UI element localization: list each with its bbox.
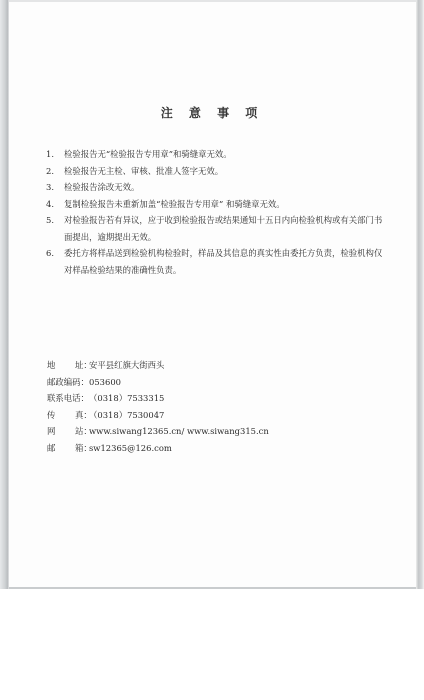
scan-edge-left bbox=[0, 0, 9, 589]
note-number: 6. bbox=[46, 245, 54, 262]
contact-phone: 联系电话：（0318）7533315 bbox=[47, 390, 347, 407]
note-text: 检验报告无主检、审核、批准人签字无效。 bbox=[64, 163, 386, 180]
note-item: 1. 检验报告无“检验报告专用章”和骑缝章无效。 bbox=[46, 146, 386, 163]
contact-label: 地址： bbox=[47, 357, 89, 374]
contact-value: 053600 bbox=[89, 377, 121, 387]
note-text: 对检验报告若有异议，应于收到检验报告或结果通知十五日内向检验机构或有关部门书面提… bbox=[64, 212, 386, 245]
email-link[interactable]: sw12365@126.com bbox=[89, 443, 172, 453]
contact-website: 网站：www.siwang12365.cn/ www.siwang315.cn bbox=[47, 423, 347, 440]
note-number: 3. bbox=[46, 179, 54, 196]
contact-value: 安平县红旗大街西头 bbox=[89, 360, 164, 370]
label-char: 传 bbox=[47, 407, 75, 424]
contact-block: 地址：安平县红旗大街西头 邮政编码：053600 联系电话：（0318）7533… bbox=[47, 357, 347, 457]
contact-value: （0318）7533315 bbox=[89, 393, 164, 403]
scan-edge-right bbox=[416, 0, 424, 589]
scanned-page: 注 意 事 项 1. 检验报告无“检验报告专用章”和骑缝章无效。 2. 检验报告… bbox=[0, 0, 424, 589]
website-link[interactable]: www.siwang12365.cn/ www.siwang315.cn bbox=[89, 426, 269, 436]
scan-edge-top bbox=[9, 0, 416, 2]
note-text: 委托方将样品送到检验机构检验时，样品及其信息的真实性由委托方负责，检验机构仅对样… bbox=[64, 245, 386, 278]
label-char: 网 bbox=[47, 423, 75, 440]
contact-fax: 传真：（0318）7530047 bbox=[47, 407, 347, 424]
contact-address: 地址：安平县红旗大街西头 bbox=[47, 357, 347, 374]
note-number: 2. bbox=[46, 163, 54, 180]
contact-postcode: 邮政编码：053600 bbox=[47, 374, 347, 391]
contact-value: （0318）7530047 bbox=[89, 410, 164, 420]
note-item: 4. 复制检验报告未重新加盖“检验报告专用章” 和骑缝章无效。 bbox=[46, 196, 386, 213]
label-char: 邮 bbox=[47, 440, 75, 457]
page-title: 注 意 事 项 bbox=[0, 104, 424, 121]
contact-email: 邮箱：sw12365@126.com bbox=[47, 440, 347, 457]
note-number: 1. bbox=[46, 146, 54, 163]
note-item: 3. 检验报告涂改无效。 bbox=[46, 179, 386, 196]
note-item: 2. 检验报告无主检、审核、批准人签字无效。 bbox=[46, 163, 386, 180]
contact-label: 邮箱： bbox=[47, 440, 89, 457]
note-item: 5. 对检验报告若有异议，应于收到检验报告或结果通知十五日内向检验机构或有关部门… bbox=[46, 212, 386, 245]
note-item: 6. 委托方将样品送到检验机构检验时，样品及其信息的真实性由委托方负责，检验机构… bbox=[46, 245, 386, 278]
note-text: 复制检验报告未重新加盖“检验报告专用章” 和骑缝章无效。 bbox=[64, 196, 386, 213]
note-number: 4. bbox=[46, 196, 54, 213]
contact-label: 联系电话： bbox=[47, 390, 89, 407]
notes-list: 1. 检验报告无“检验报告专用章”和骑缝章无效。 2. 检验报告无主检、审核、批… bbox=[46, 146, 386, 278]
note-text: 检验报告涂改无效。 bbox=[64, 179, 386, 196]
contact-label: 网站： bbox=[47, 423, 89, 440]
contact-label: 邮政编码： bbox=[47, 374, 89, 391]
contact-label: 传真： bbox=[47, 407, 89, 424]
note-number: 5. bbox=[46, 212, 54, 229]
note-text: 检验报告无“检验报告专用章”和骑缝章无效。 bbox=[64, 146, 386, 163]
label-char: 地 bbox=[47, 357, 75, 374]
